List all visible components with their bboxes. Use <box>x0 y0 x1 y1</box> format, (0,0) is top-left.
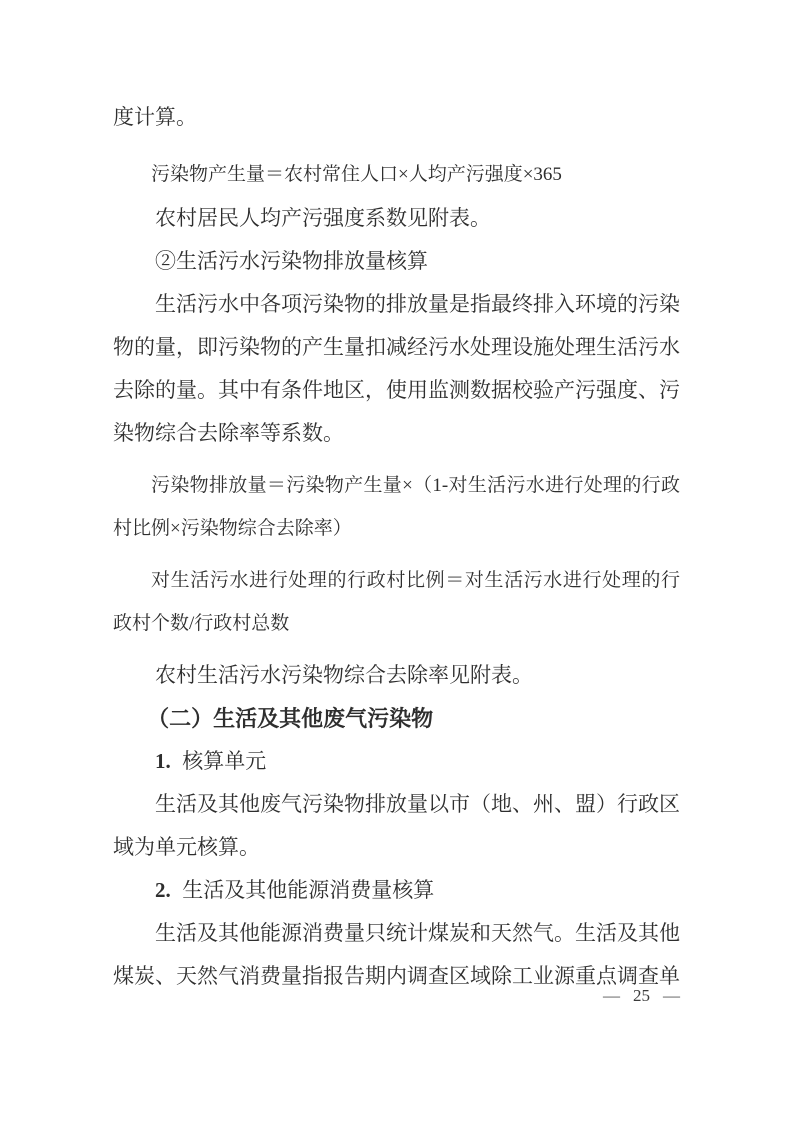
footer-right-dash: — <box>663 986 680 1006</box>
section-heading-domestic-waste-gas: （二）生活及其他废气污染物 <box>113 697 680 740</box>
page-number: 25 <box>633 986 650 1006</box>
formula-pollutant-emission: 污染物排放量＝污染物产生量×（1-对生活污水进行处理的行政村比例×污染物综合去除… <box>113 464 680 550</box>
numbered-item-1-number: 1. <box>155 749 171 773</box>
paragraph-energy-consumption-definition: 生活及其他能源消费量只统计煤炭和天然气。生活及其他煤炭、天然气消费量指报告期内调… <box>113 912 680 998</box>
numbered-item-2-label: 生活及其他能源消费量核算 <box>182 878 434 902</box>
paragraph-accounting-unit-definition: 生活及其他废气污染物排放量以市（地、州、盟）行政区域为单元核算。 <box>113 783 680 869</box>
numbered-item-1-label: 核算单元 <box>182 749 266 773</box>
formula-pollutant-generation: 污染物产生量＝农村常住人口×人均产污强度×365 <box>113 153 680 196</box>
page-content: 度计算。 污染物产生量＝农村常住人口×人均产污强度×365 农村居民人均产污强度… <box>113 96 680 998</box>
formula-treated-village-ratio: 对生活污水进行处理的行政村比例＝对生活污水进行处理的行政村个数/行政村总数 <box>113 559 680 645</box>
paragraph-sewage-emission-definition: 生活污水中各项污染物的排放量是指最终排入环境的污染物的量，即污染物的产生量扣减经… <box>113 283 680 455</box>
paragraph-removal-rate-note: 农村生活污水污染物综合去除率见附表。 <box>113 654 680 697</box>
numbered-item-2-number: 2. <box>155 878 171 902</box>
document-page: 度计算。 污染物产生量＝农村常住人口×人均产污强度×365 农村居民人均产污强度… <box>0 0 793 1122</box>
numbered-item-accounting-unit: 1.核算单元 <box>113 740 680 783</box>
paragraph-rural-intensity-coefficient-note: 农村居民人均产污强度系数见附表。 <box>113 197 680 240</box>
page-footer: — 25 — <box>603 986 680 1006</box>
numbered-item-energy-consumption: 2.生活及其他能源消费量核算 <box>113 869 680 912</box>
footer-left-dash: — <box>603 986 620 1006</box>
paragraph-continuation-intensity-calc: 度计算。 <box>113 96 680 139</box>
paragraph-item2-sewage-emission-accounting: ②生活污水污染物排放量核算 <box>113 240 680 283</box>
